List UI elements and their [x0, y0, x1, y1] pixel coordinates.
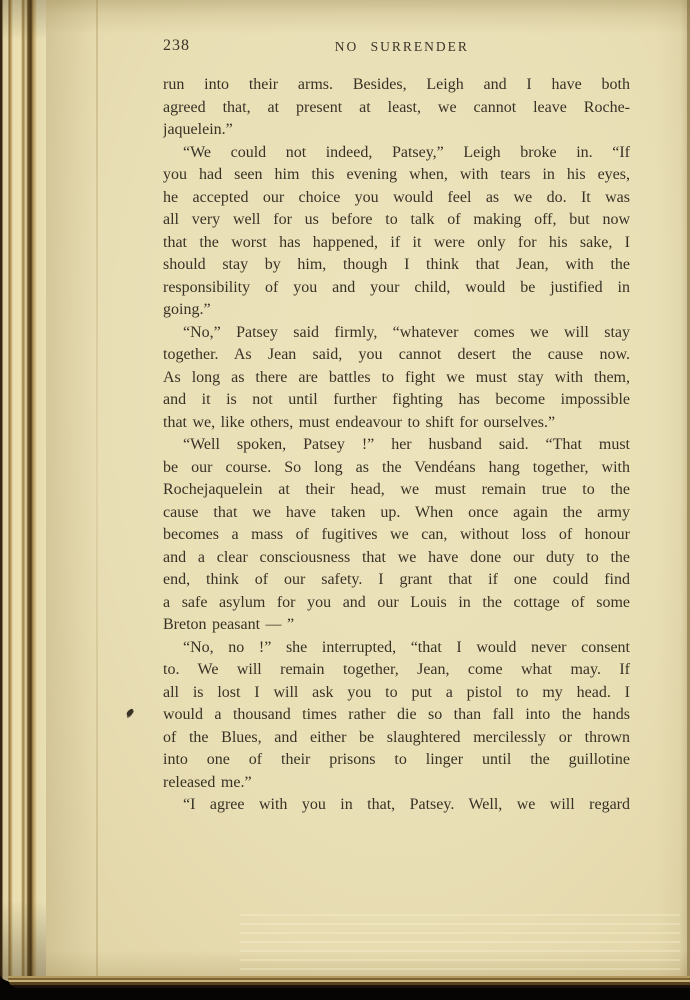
text-line: that the worst has happened, if it were … [163, 232, 630, 255]
text-line: end, think of our safety. I grant that i… [163, 569, 630, 592]
text-line: of the Blues, and either be slaughtered … [163, 727, 630, 750]
text-line: to. We will remain together, Jean, come … [163, 659, 630, 682]
text-line: responsibility of you and your child, wo… [163, 277, 630, 300]
text-line: released me.” [163, 772, 630, 795]
text-line: going.” [163, 299, 630, 322]
page-edge-streaks [240, 914, 680, 970]
text-line: becomes a mass of fugitives we can, with… [163, 524, 630, 547]
text-line: “No, no !” she interrupted, “that I woul… [163, 637, 630, 660]
text-line: all very well for us before to talk of m… [163, 209, 630, 232]
paragraph: “I agree with you in that, Patsey. Well,… [163, 794, 630, 817]
text-line: “I agree with you in that, Patsey. Well,… [163, 794, 630, 817]
page-crease [96, 0, 98, 976]
text-line: and it is not until further fighting has… [163, 389, 630, 412]
text-line: should stay by him, though I think that … [163, 254, 630, 277]
text-line: “No,” Patsey said firmly, “whatever come… [163, 322, 630, 345]
text-line: that we, like others, must endeavour to … [163, 412, 630, 435]
text-line: jaquelein.” [163, 119, 630, 142]
text-line: all is lost I will ask you to put a pist… [163, 682, 630, 705]
text-line: be our course. So long as the Vendéans h… [163, 457, 630, 480]
text-line: Breton peasant — ” [163, 614, 630, 637]
page-number: 238 [163, 37, 190, 55]
paragraph: run into their arms. Besides, Leigh and … [163, 74, 630, 142]
text-line: “We could not indeed, Patsey,” Leigh bro… [163, 142, 630, 165]
text-line: and a clear consciousness that we have d… [163, 547, 630, 570]
text-line: you had seen him this evening when, with… [163, 164, 630, 187]
book-photo-scene: 238 NO SURRENDER run into their arms. Be… [0, 0, 690, 1000]
text-line: into one of their prisons to linger unti… [163, 749, 630, 772]
paragraph: “No, no !” she interrupted, “that I woul… [163, 637, 630, 795]
running-title: NO SURRENDER [335, 39, 469, 55]
text-line: a safe asylum for you and our Louis in t… [163, 592, 630, 615]
text-line: cause that we have taken up. When once a… [163, 502, 630, 525]
text-line: “Well spoken, Patsey !” her husband said… [163, 434, 630, 457]
paragraph: “We could not indeed, Patsey,” Leigh bro… [163, 142, 630, 322]
text-line: As long as there are battles to fight we… [163, 367, 630, 390]
text-line: would a thousand times rather die so tha… [163, 704, 630, 727]
body-text: run into their arms. Besides, Leigh and … [163, 74, 630, 817]
paragraph: “Well spoken, Patsey !” her husband said… [163, 434, 630, 637]
text-line: he accepted our choice you would feel as… [163, 187, 630, 210]
text-line: run into their arms. Besides, Leigh and … [163, 74, 630, 97]
running-header: 238 NO SURRENDER [163, 37, 630, 57]
paragraph: “No,” Patsey said firmly, “whatever come… [163, 322, 630, 435]
text-line: together. As Jean said, you cannot deser… [163, 344, 630, 367]
text-line: agreed that, at present at least, we can… [163, 97, 630, 120]
page-bottom-edges [8, 976, 690, 988]
binding-shading [0, 0, 46, 982]
text-line: Rochejaquelein at their head, we must re… [163, 479, 630, 502]
